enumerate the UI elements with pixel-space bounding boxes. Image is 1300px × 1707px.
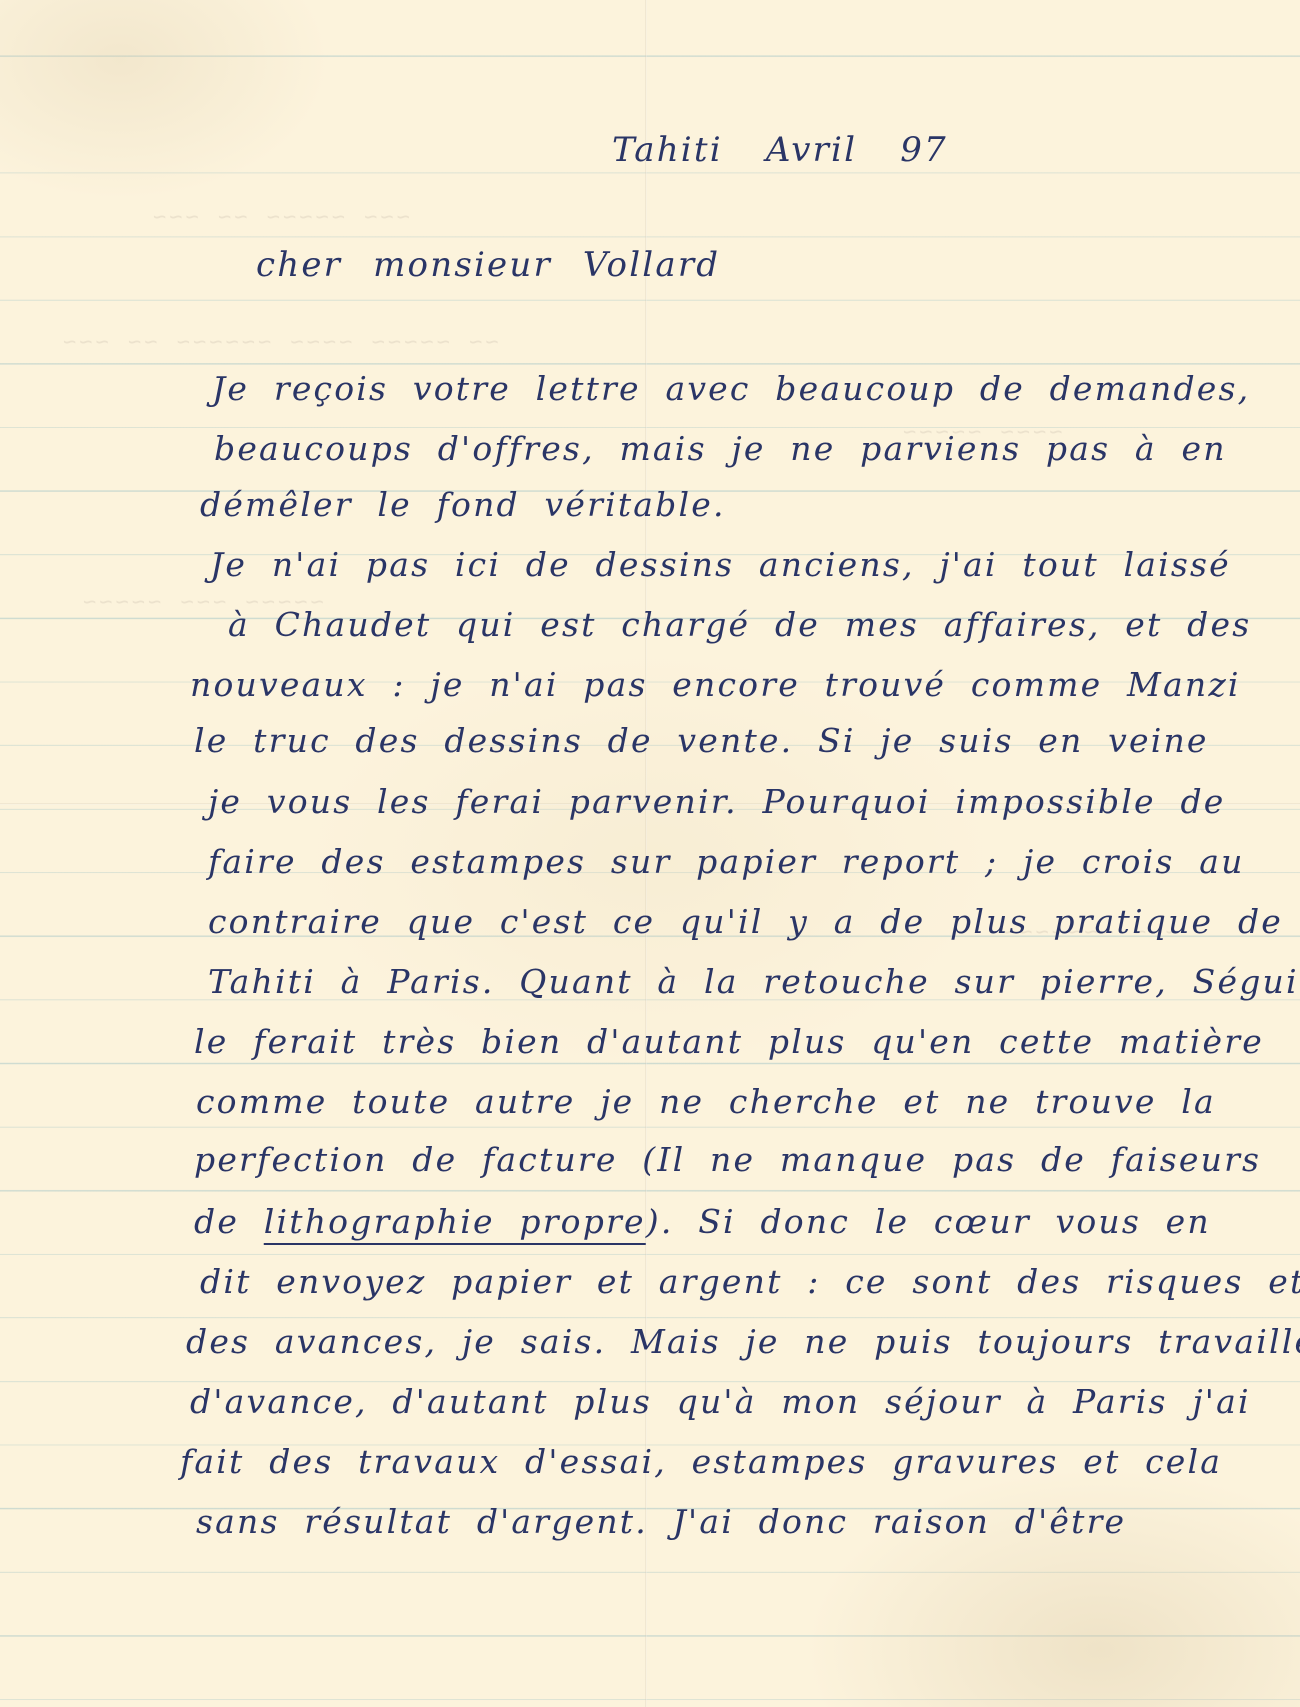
letter-line: le truc des dessins de vente. Si je suis… [194,724,1209,757]
letter-line: beaucoups d'offres, mais je ne parviens … [214,432,1227,465]
letter-line: des avances, je sais. Mais je ne puis to… [186,1325,1300,1358]
letter-line: dit envoyez papier et argent : ce sont d… [200,1265,1300,1298]
letter-line: contraire que c'est ce qu'il y a de plus… [208,905,1283,938]
letter-line: perfection de facture (Il ne manque pas … [194,1143,1261,1176]
letter-line: de lithographie propre). Si donc le cœur… [194,1205,1211,1238]
bleed-through-marks: ~~ ~~~~~ ~~~~ ~~~~~~ ~~ ~~~ [60,330,499,355]
letter-line: sans résultat d'argent. J'ai donc raison… [196,1505,1126,1538]
letter-line: Je reçois votre lettre avec beaucoup de … [212,372,1250,405]
letter-line: faire des estampes sur papier report ; j… [208,845,1245,878]
letter-line: Tahiti à Paris. Quant à la retouche sur … [208,965,1300,998]
letter-page: ~~~ ~~~~~ ~~ ~~~ ~~ ~~~~~ ~~~~ ~~~~~~ ~~… [0,0,1300,1707]
letter-line: Je n'ai pas ici de dessins anciens, j'ai… [210,548,1231,581]
letter-line: d'avance, d'autant plus qu'à mon séjour … [190,1385,1251,1418]
letter-line: comme toute autre je ne cherche et ne tr… [196,1085,1216,1118]
letter-salutation: cher monsieur Vollard [256,248,720,282]
letter-line: je vous les ferai parvenir. Pourquoi imp… [208,785,1226,818]
underlined-phrase: lithographie propre [264,1202,646,1241]
letter-line: le ferait très bien d'autant plus qu'en … [194,1025,1264,1058]
line-text: de [194,1202,264,1241]
bleed-through-marks: ~~~ ~~~~~ ~~ ~~~ [150,205,410,230]
letter-date: Tahiti Avril 97 [612,133,948,167]
letter-line: fait des travaux d'essai, estampes gravu… [180,1445,1222,1478]
letter-line: à Chaudet qui est chargé de mes affaires… [228,608,1251,641]
letter-line: démêler le fond véritable. [200,488,726,521]
line-text: ). Si donc le cœur vous en [646,1202,1211,1241]
letter-line: nouveaux : je n'ai pas encore trouvé com… [190,668,1241,701]
